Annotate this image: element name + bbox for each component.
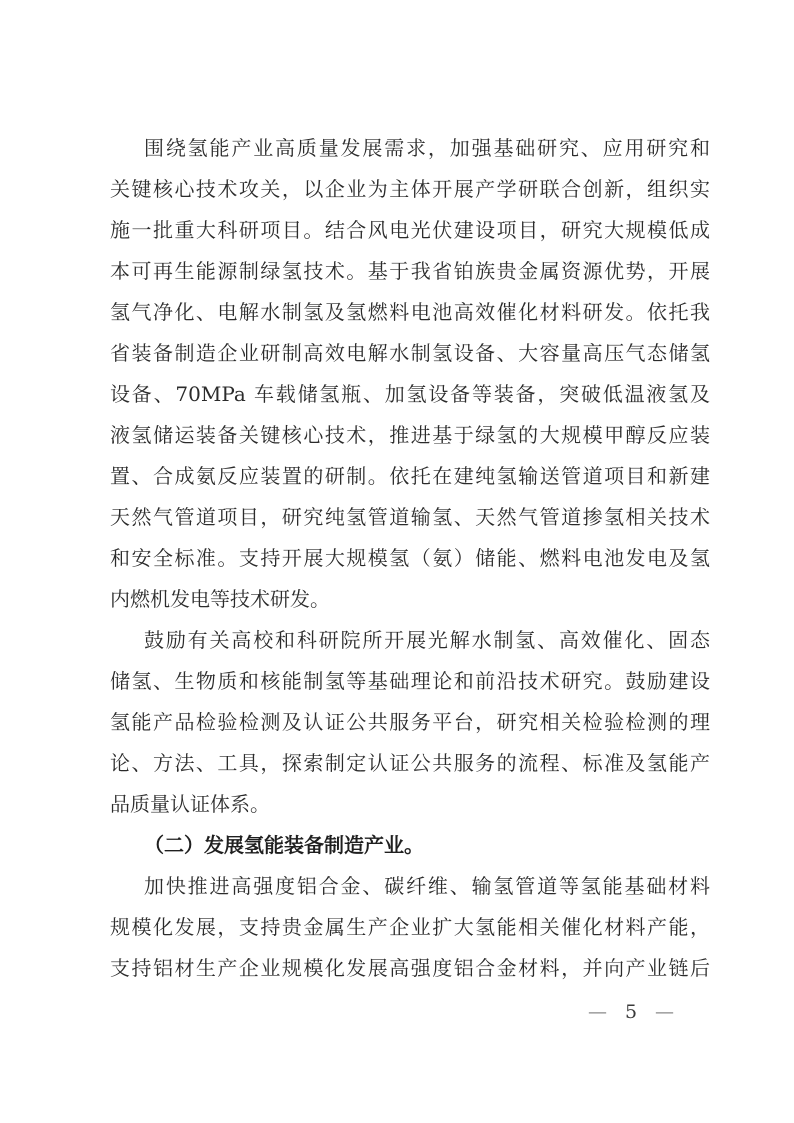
- text-line: 和安全标准。支持开展大规模氢（氨）储能、燃料电池发电及氢: [110, 538, 710, 579]
- text-line: 规模化发展，支持贵金属生产企业扩大氢能相关催化材料产能，: [110, 907, 710, 948]
- text-line: 置、合成氨反应装置的研制。依托在建纯氢输送管道项目和新建: [110, 456, 710, 497]
- page-number: 5: [625, 999, 637, 1025]
- section-heading: （二）发展氢能装备制造产业。: [110, 825, 710, 866]
- text-line: 施一批重大科研项目。结合风电光伏建设项目，研究大规模低成: [110, 210, 710, 251]
- footer-dash-left: —: [588, 999, 607, 1025]
- text-line: 储氢、生物质和核能制氢等基础理论和前沿技术研究。鼓励建设: [110, 661, 710, 702]
- text-line: 支持铝材生产企业规模化发展高强度铝合金材料，并向产业链后: [110, 948, 710, 989]
- text-line: 关键核心技术攻关，以企业为主体开展产学研联合创新，组织实: [110, 169, 710, 210]
- text-line: 围绕氢能产业高质量发展需求，加强基础研究、应用研究和: [110, 128, 710, 169]
- footer-dash-right: —: [655, 999, 674, 1025]
- document-page: 围绕氢能产业高质量发展需求，加强基础研究、应用研究和关键核心技术攻关，以企业为主…: [0, 0, 794, 1123]
- text-line: 天然气管道项目，研究纯氢管道输氢、天然气管道掺氢相关技术: [110, 497, 710, 538]
- text-line: 论、方法、工具，探索制定认证公共服务的流程、标准及氢能产: [110, 743, 710, 784]
- text-line: 设备、70MPa 车载储氢瓶、加氢设备等装备，突破低温液氢及: [110, 374, 710, 415]
- document-body: 围绕氢能产业高质量发展需求，加强基础研究、应用研究和关键核心技术攻关，以企业为主…: [110, 128, 710, 989]
- text-line: 氢气净化、电解水制氢及氢燃料电池高效催化材料研发。依托我: [110, 292, 710, 333]
- text-line: 内燃机发电等技术研发。: [110, 579, 710, 620]
- text-line: 本可再生能源制绿氢技术。基于我省铂族贵金属资源优势，开展: [110, 251, 710, 292]
- text-line: 液氢储运装备关键核心技术，推进基于绿氢的大规模甲醇反应装: [110, 415, 710, 456]
- text-line: 鼓励有关高校和科研院所开展光解水制氢、高效催化、固态: [110, 620, 710, 661]
- text-line: 省装备制造企业研制高效电解水制氢设备、大容量高压气态储氢: [110, 333, 710, 374]
- text-line: 加快推进高强度铝合金、碳纤维、输氢管道等氢能基础材料: [110, 866, 710, 907]
- text-line: 品质量认证体系。: [110, 784, 710, 825]
- text-line: 氢能产品检验检测及认证公共服务平台，研究相关检验检测的理: [110, 702, 710, 743]
- page-footer: — 5 —: [588, 999, 674, 1025]
